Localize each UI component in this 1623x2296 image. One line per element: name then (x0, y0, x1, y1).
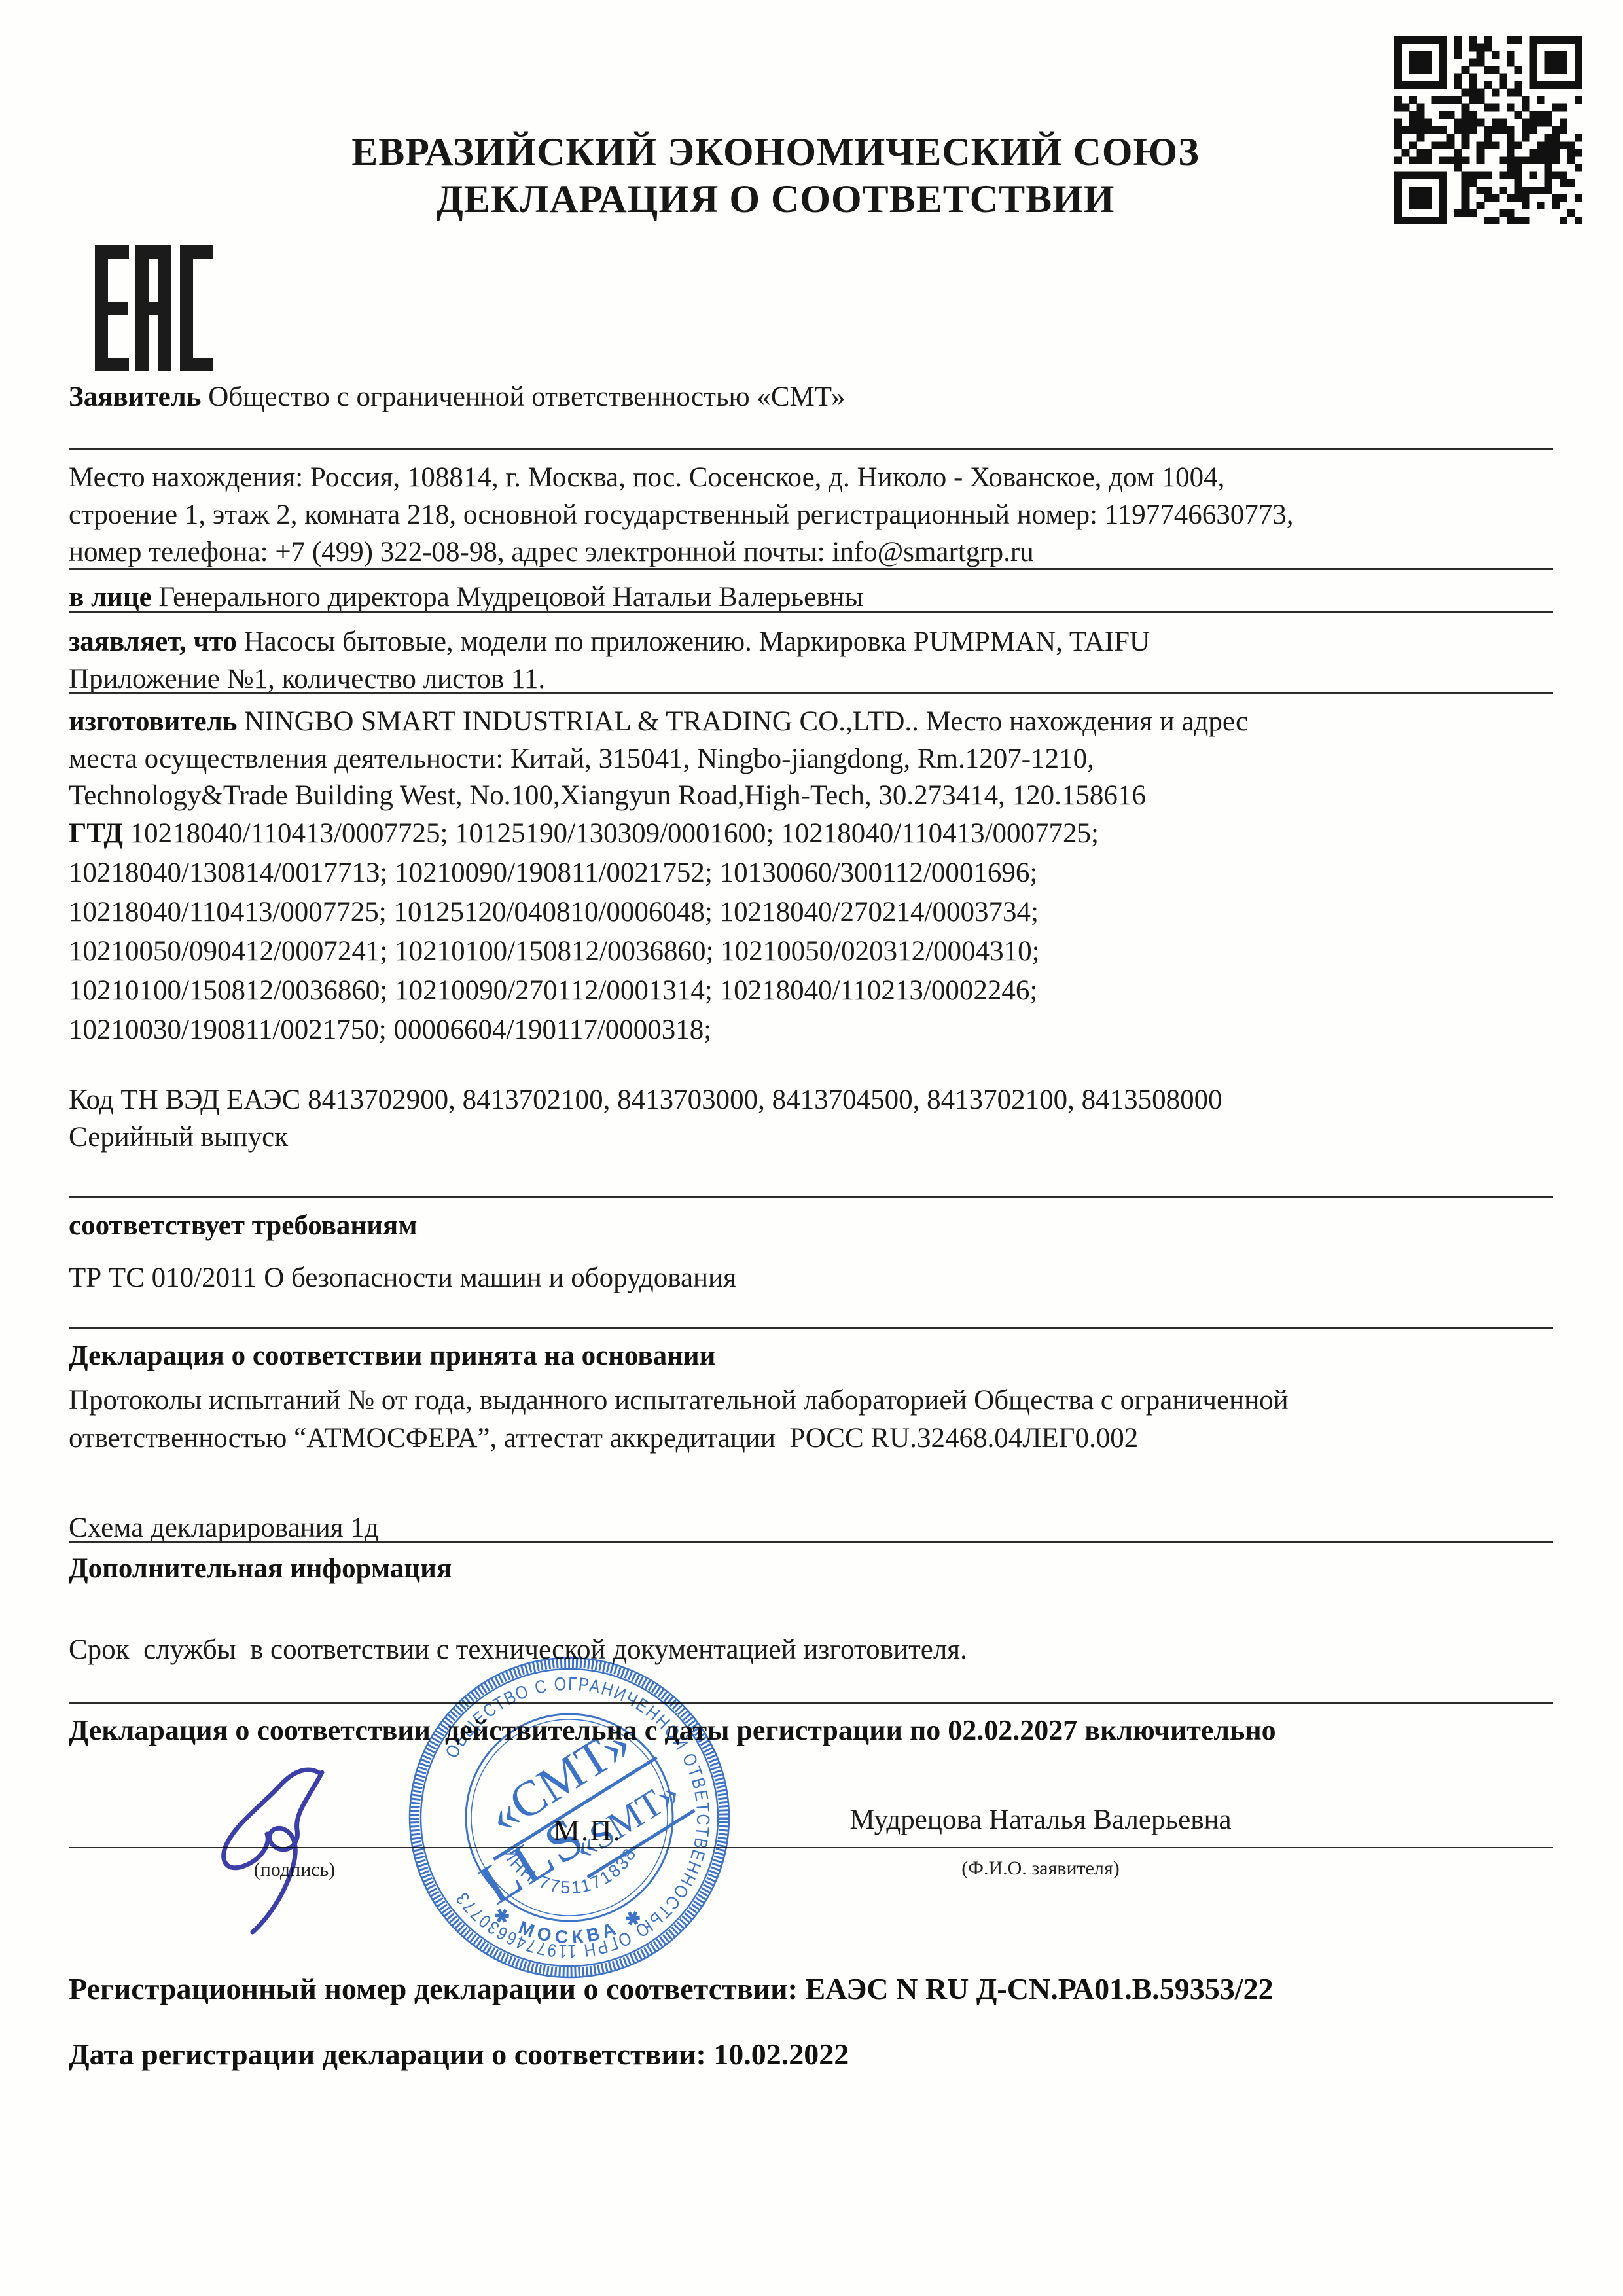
qr-module (1454, 96, 1462, 104)
qr-module (1417, 119, 1425, 127)
divider (69, 1541, 1553, 1543)
qr-module (1484, 171, 1492, 179)
qr-module (1560, 194, 1567, 202)
qr-module (1560, 104, 1567, 112)
qr-module (1544, 187, 1552, 194)
qr-module (1560, 141, 1567, 149)
qr-module (1454, 44, 1462, 52)
qr-module (1537, 36, 1545, 44)
qr-module (1575, 96, 1582, 104)
qr-module (1514, 179, 1522, 187)
qr-module (1447, 96, 1455, 104)
qr-module (1462, 66, 1470, 74)
qr-module (1529, 111, 1537, 119)
qr-module (1484, 81, 1492, 89)
complies-value: ТР ТС 010/2011 О безопасности машин и об… (69, 1261, 1554, 1296)
qr-module (1522, 134, 1530, 142)
qr-module (1492, 194, 1500, 202)
page-title-line1: ЕВРАЗИЙСКИЙ ЭКОНОМИЧЕСКИЙ СОЮЗ (69, 128, 1482, 175)
qr-module (1575, 44, 1582, 52)
qr-module (1567, 81, 1575, 89)
qr-module (1544, 141, 1552, 149)
gtd-line-6: 10210030/190811/0021750; 00006604/190117… (69, 1013, 1554, 1048)
qr-module (1454, 51, 1462, 59)
basis-line-1: Протоколы испытаний № от года, выданного… (69, 1383, 1554, 1418)
qr-module (1499, 187, 1507, 194)
qr-module (1522, 156, 1530, 164)
qr-module (1469, 36, 1477, 44)
declares-line-2: Приложение №1, количество листов 11. (69, 662, 1554, 697)
qr-module (1537, 149, 1545, 157)
qr-module (1492, 126, 1500, 134)
qr-module (1492, 89, 1500, 97)
qr-module (1560, 126, 1567, 134)
qr-module (1469, 111, 1477, 119)
qr-module (1544, 179, 1552, 187)
qr-module (1507, 217, 1515, 224)
qr-module (1484, 141, 1492, 149)
qr-module (1477, 59, 1485, 67)
qr-module (1394, 36, 1402, 44)
qr-module (1552, 141, 1560, 149)
qr-module (1529, 126, 1537, 134)
qr-module (1454, 119, 1462, 127)
qr-module (1439, 96, 1447, 104)
qr-module (1575, 74, 1582, 82)
represented-by-line: в лице Генерального директора Мудрецовой… (69, 580, 1554, 615)
qr-module (1560, 179, 1567, 187)
qr-module (1522, 104, 1530, 112)
qr-module (1462, 104, 1470, 112)
serial-release-line: Серийный выпуск (69, 1120, 1554, 1155)
gtd-line-3: 10218040/110413/0007725; 10125120/040810… (69, 895, 1554, 930)
qr-module (1552, 81, 1560, 89)
qr-module (1552, 134, 1560, 142)
qr-module (1409, 59, 1417, 67)
qr-module (1439, 74, 1447, 82)
qr-module (1522, 126, 1530, 134)
qr-module (1544, 119, 1552, 127)
declares-label: заявляет, что (69, 626, 237, 657)
qr-module (1409, 51, 1417, 59)
qr-module (1469, 59, 1477, 67)
qr-module (1402, 81, 1410, 89)
qr-module (1484, 194, 1492, 202)
qr-module (1560, 119, 1567, 127)
qr-module (1439, 66, 1447, 74)
qr-module (1477, 89, 1485, 97)
qr-module (1552, 126, 1560, 134)
qr-module (1537, 81, 1545, 89)
qr-module (1552, 104, 1560, 112)
qr-module (1529, 119, 1537, 127)
qr-module (1484, 44, 1492, 52)
gtd-line-5: 10210100/150812/0036860; 10210090/270112… (69, 973, 1554, 1009)
qr-module (1514, 156, 1522, 164)
qr-module (1439, 44, 1447, 52)
qr-module (1567, 141, 1575, 149)
qr-module (1469, 44, 1477, 52)
qr-module (1402, 36, 1410, 44)
qr-module (1409, 36, 1417, 44)
applicant-value: Общество с ограниченной ответственностью… (208, 382, 845, 412)
qr-module (1432, 96, 1440, 104)
qr-module (1484, 187, 1492, 194)
qr-module (1484, 134, 1492, 142)
qr-module (1394, 104, 1402, 112)
qr-module (1394, 119, 1402, 127)
qr-module (1477, 51, 1485, 59)
qr-module (1507, 156, 1515, 164)
qr-module (1499, 126, 1507, 134)
complies-heading: соответствует требованиям (69, 1208, 1554, 1244)
qr-module (1507, 134, 1515, 142)
qr-module (1424, 119, 1432, 127)
qr-module (1529, 171, 1537, 179)
qr-module (1477, 96, 1485, 104)
gtd-value-1: 10218040/110413/0007725; 10125190/130309… (130, 818, 1099, 849)
qr-module (1552, 59, 1560, 67)
qr-module (1575, 149, 1582, 157)
qr-module (1424, 59, 1432, 67)
qr-module (1417, 81, 1425, 89)
qr-module (1507, 141, 1515, 149)
qr-module (1514, 187, 1522, 194)
qr-module (1394, 81, 1402, 89)
qr-module (1552, 194, 1560, 202)
qr-module (1492, 51, 1500, 59)
declares-value: Насосы бытовые, модели по приложению. Ма… (244, 626, 1150, 657)
eac-logo (95, 245, 213, 371)
qr-module (1409, 81, 1417, 89)
qr-module (1560, 59, 1567, 67)
qr-module (1402, 104, 1410, 112)
qr-module (1544, 51, 1552, 59)
qr-module (1522, 194, 1530, 202)
qr-module (1417, 111, 1425, 119)
location-line-3: номер телефона: +7 (499) 322-08-98, адре… (69, 535, 1554, 570)
qr-module (1409, 119, 1417, 127)
qr-module (1507, 104, 1515, 112)
qr-module (1424, 36, 1432, 44)
qr-module (1560, 51, 1567, 59)
signatory-name: Мудрецова Наталья Валерьевна (766, 1804, 1315, 1836)
qr-module (1537, 111, 1545, 119)
qr-module (1484, 104, 1492, 112)
declaration-document-page: ЕВРАЗИЙСКИЙ ЭКОНОМИЧЕСКИЙ СОЮЗ ДЕКЛАРАЦИ… (0, 0, 1623, 2296)
qr-module (1544, 81, 1552, 89)
qr-module (1529, 74, 1537, 82)
qr-module (1484, 66, 1492, 74)
location-line-2: строение 1, этаж 2, комната 218, основно… (69, 497, 1554, 533)
registration-number-line: Регистрационный номер декларации о соотв… (69, 1971, 1554, 2006)
qr-module (1575, 59, 1582, 67)
qr-module (1560, 66, 1567, 74)
qr-module (1469, 96, 1477, 104)
qr-module (1544, 156, 1552, 164)
qr-module (1469, 74, 1477, 82)
qr-module (1514, 194, 1522, 202)
qr-module (1529, 44, 1537, 52)
validity-line: Декларация о соответствии действительна … (69, 1713, 1554, 1748)
qr-module (1507, 149, 1515, 157)
tnved-line: Код ТН ВЭД ЕАЭС 8413702900, 8413702100, … (69, 1083, 1554, 1118)
qr-module (1552, 51, 1560, 59)
qr-module (1507, 89, 1515, 97)
qr-module (1394, 74, 1402, 82)
divider (69, 1702, 1553, 1704)
company-stamp: ОБЩЕСТВО С ОГРАНИЧЕННОЙ ОТВЕТСТВЕННОСТЬЮ… (406, 1654, 733, 1981)
qr-module (1575, 36, 1582, 44)
qr-module (1544, 59, 1552, 67)
qr-module (1544, 66, 1552, 74)
qr-module (1529, 66, 1537, 74)
qr-module (1492, 119, 1500, 127)
qr-module (1514, 89, 1522, 97)
qr-module (1507, 164, 1515, 172)
qr-module (1522, 202, 1530, 209)
qr-module (1492, 104, 1500, 112)
qr-module (1575, 51, 1582, 59)
qr-module (1409, 96, 1417, 104)
qr-module (1492, 66, 1500, 74)
qr-module (1507, 51, 1515, 59)
qr-module (1567, 156, 1575, 164)
qr-module (1477, 119, 1485, 127)
qr-module (1507, 209, 1515, 217)
qr-module (1439, 36, 1447, 44)
gtd-line-1: ГТД 10218040/110413/0007725; 10125190/13… (69, 816, 1554, 852)
qr-module (1514, 66, 1522, 74)
qr-module (1507, 59, 1515, 67)
qr-module (1439, 51, 1447, 59)
gtd-line-4: 10210050/090412/0007241; 10210100/150812… (69, 934, 1554, 969)
divider (69, 692, 1553, 694)
qr-module (1492, 217, 1500, 224)
qr-module (1522, 187, 1530, 194)
qr-module (1432, 36, 1440, 44)
qr-module (1529, 149, 1537, 157)
qr-module (1439, 59, 1447, 67)
qr-module (1417, 66, 1425, 74)
qr-module (1492, 141, 1500, 149)
represented-by-value: Генерального директора Мудрецовой Наталь… (158, 582, 863, 613)
manufacturer-value-1: NINGBO SMART INDUSTRIAL & TRADING CO.,LT… (244, 706, 1248, 737)
qr-module (1514, 111, 1522, 119)
qr-module (1522, 217, 1530, 224)
applicant-label: Заявитель (69, 382, 202, 412)
basis-heading: Декларация о соответствии принята на осн… (69, 1338, 1554, 1374)
qr-module (1544, 134, 1552, 142)
service-life-line: Срок службы в соответствии с технической… (69, 1632, 1554, 1668)
qr-module (1394, 59, 1402, 67)
qr-module (1544, 111, 1552, 119)
qr-module (1462, 119, 1470, 127)
qr-module (1529, 51, 1537, 59)
qr-module (1560, 36, 1567, 44)
qr-module (1499, 81, 1507, 89)
qr-module (1469, 119, 1477, 127)
qr-module (1432, 81, 1440, 89)
qr-module (1567, 149, 1575, 157)
manufacturer-line-3: Technology&Trade Building West, No.100,X… (69, 778, 1554, 814)
divider (69, 611, 1553, 613)
qr-module (1484, 36, 1492, 44)
qr-module (1575, 134, 1582, 142)
qr-module (1514, 81, 1522, 89)
qr-module (1544, 164, 1552, 172)
represented-by-label: в лице (69, 582, 152, 613)
declares-line: заявляет, что Насосы бытовые, модели по … (69, 624, 1554, 660)
basis-line-2: ответственностью “АТМОСФЕРА”, аттестат а… (69, 1421, 1554, 1456)
page-title-line2: ДЕКЛАРАЦИЯ О СООТВЕТСТВИИ (69, 175, 1482, 223)
signatory-caption: (Ф.И.О. заявителя) (766, 1857, 1315, 1880)
qr-module (1575, 194, 1582, 202)
qr-module (1552, 156, 1560, 164)
qr-module (1394, 96, 1402, 104)
qr-module (1424, 81, 1432, 89)
manufacturer-line-2: места осуществления деятельности: Китай,… (69, 742, 1554, 777)
qr-module (1552, 149, 1560, 157)
qr-module (1529, 36, 1537, 44)
qr-module (1477, 44, 1485, 52)
qr-module (1567, 179, 1575, 187)
qr-module (1552, 202, 1560, 209)
qr-module (1575, 81, 1582, 89)
qr-module (1499, 209, 1507, 217)
qr-module (1462, 111, 1470, 119)
qr-module (1560, 217, 1567, 224)
qr-module (1567, 36, 1575, 44)
qr-module (1409, 111, 1417, 119)
qr-module (1507, 194, 1515, 202)
manufacturer-line-1: изготовитель NINGBO SMART INDUSTRIAL & T… (69, 704, 1554, 740)
qr-module (1462, 89, 1470, 97)
qr-module (1522, 96, 1530, 104)
registration-date-line: Дата регистрации декларации о соответств… (69, 2037, 1554, 2072)
qr-module (1514, 171, 1522, 179)
qr-module (1439, 111, 1447, 119)
divider (69, 448, 1553, 450)
qr-module (1499, 171, 1507, 179)
qr-module (1529, 156, 1537, 164)
qr-module (1537, 141, 1545, 149)
qr-module (1417, 104, 1425, 112)
handwritten-signature (211, 1759, 361, 1936)
qr-module (1514, 164, 1522, 172)
qr-module (1454, 36, 1462, 44)
qr-module (1439, 81, 1447, 89)
qr-module (1575, 217, 1582, 224)
qr-module (1484, 217, 1492, 224)
qr-module (1507, 126, 1515, 134)
qr-module (1469, 89, 1477, 97)
qr-module (1447, 111, 1455, 119)
qr-module (1394, 51, 1402, 59)
qr-module (1409, 66, 1417, 74)
qr-module (1552, 66, 1560, 74)
qr-module (1394, 44, 1402, 52)
qr-module (1537, 156, 1545, 164)
qr-module (1529, 81, 1537, 89)
qr-module (1544, 149, 1552, 157)
qr-module (1552, 36, 1560, 44)
qr-module (1544, 171, 1552, 179)
qr-module (1560, 81, 1567, 89)
manufacturer-label: изготовитель (69, 706, 238, 737)
qr-module (1537, 187, 1545, 194)
qr-module (1499, 156, 1507, 164)
qr-module (1469, 81, 1477, 89)
qr-module (1507, 36, 1515, 44)
divider (69, 1327, 1553, 1329)
qr-module (1499, 119, 1507, 127)
qr-module (1507, 171, 1515, 179)
qr-module (1567, 209, 1575, 217)
qr-module (1544, 36, 1552, 44)
qr-module (1529, 187, 1537, 194)
qr-module (1552, 171, 1560, 179)
gtd-line-2: 10218040/130814/0017713; 10210090/190811… (69, 855, 1554, 891)
qr-module (1537, 96, 1545, 104)
qr-module (1514, 141, 1522, 149)
qr-module (1560, 171, 1567, 179)
location-line-1: Место нахождения: Россия, 108814, г. Мос… (69, 460, 1554, 495)
qr-module (1454, 74, 1462, 82)
qr-module (1499, 74, 1507, 82)
qr-module (1484, 126, 1492, 134)
qr-module (1529, 59, 1537, 67)
qr-module (1417, 36, 1425, 44)
qr-module (1522, 119, 1530, 127)
qr-module (1417, 51, 1425, 59)
qr-module (1514, 217, 1522, 224)
qr-module (1424, 51, 1432, 59)
qr-module (1417, 59, 1425, 67)
qr-module (1454, 81, 1462, 89)
divider (69, 1196, 1553, 1198)
additional-info-heading: Дополнительная информация (69, 1551, 1554, 1587)
applicant-line: Заявитель Общество с ограниченной ответс… (69, 380, 1554, 415)
qr-module (1394, 66, 1402, 74)
gtd-label: ГТД (69, 818, 123, 849)
qr-module (1514, 36, 1522, 44)
qr-module (1575, 66, 1582, 74)
qr-module (1537, 202, 1545, 209)
divider (69, 568, 1553, 570)
qr-module (1575, 164, 1582, 172)
qr-module (1537, 119, 1545, 127)
qr-module (1424, 66, 1432, 74)
